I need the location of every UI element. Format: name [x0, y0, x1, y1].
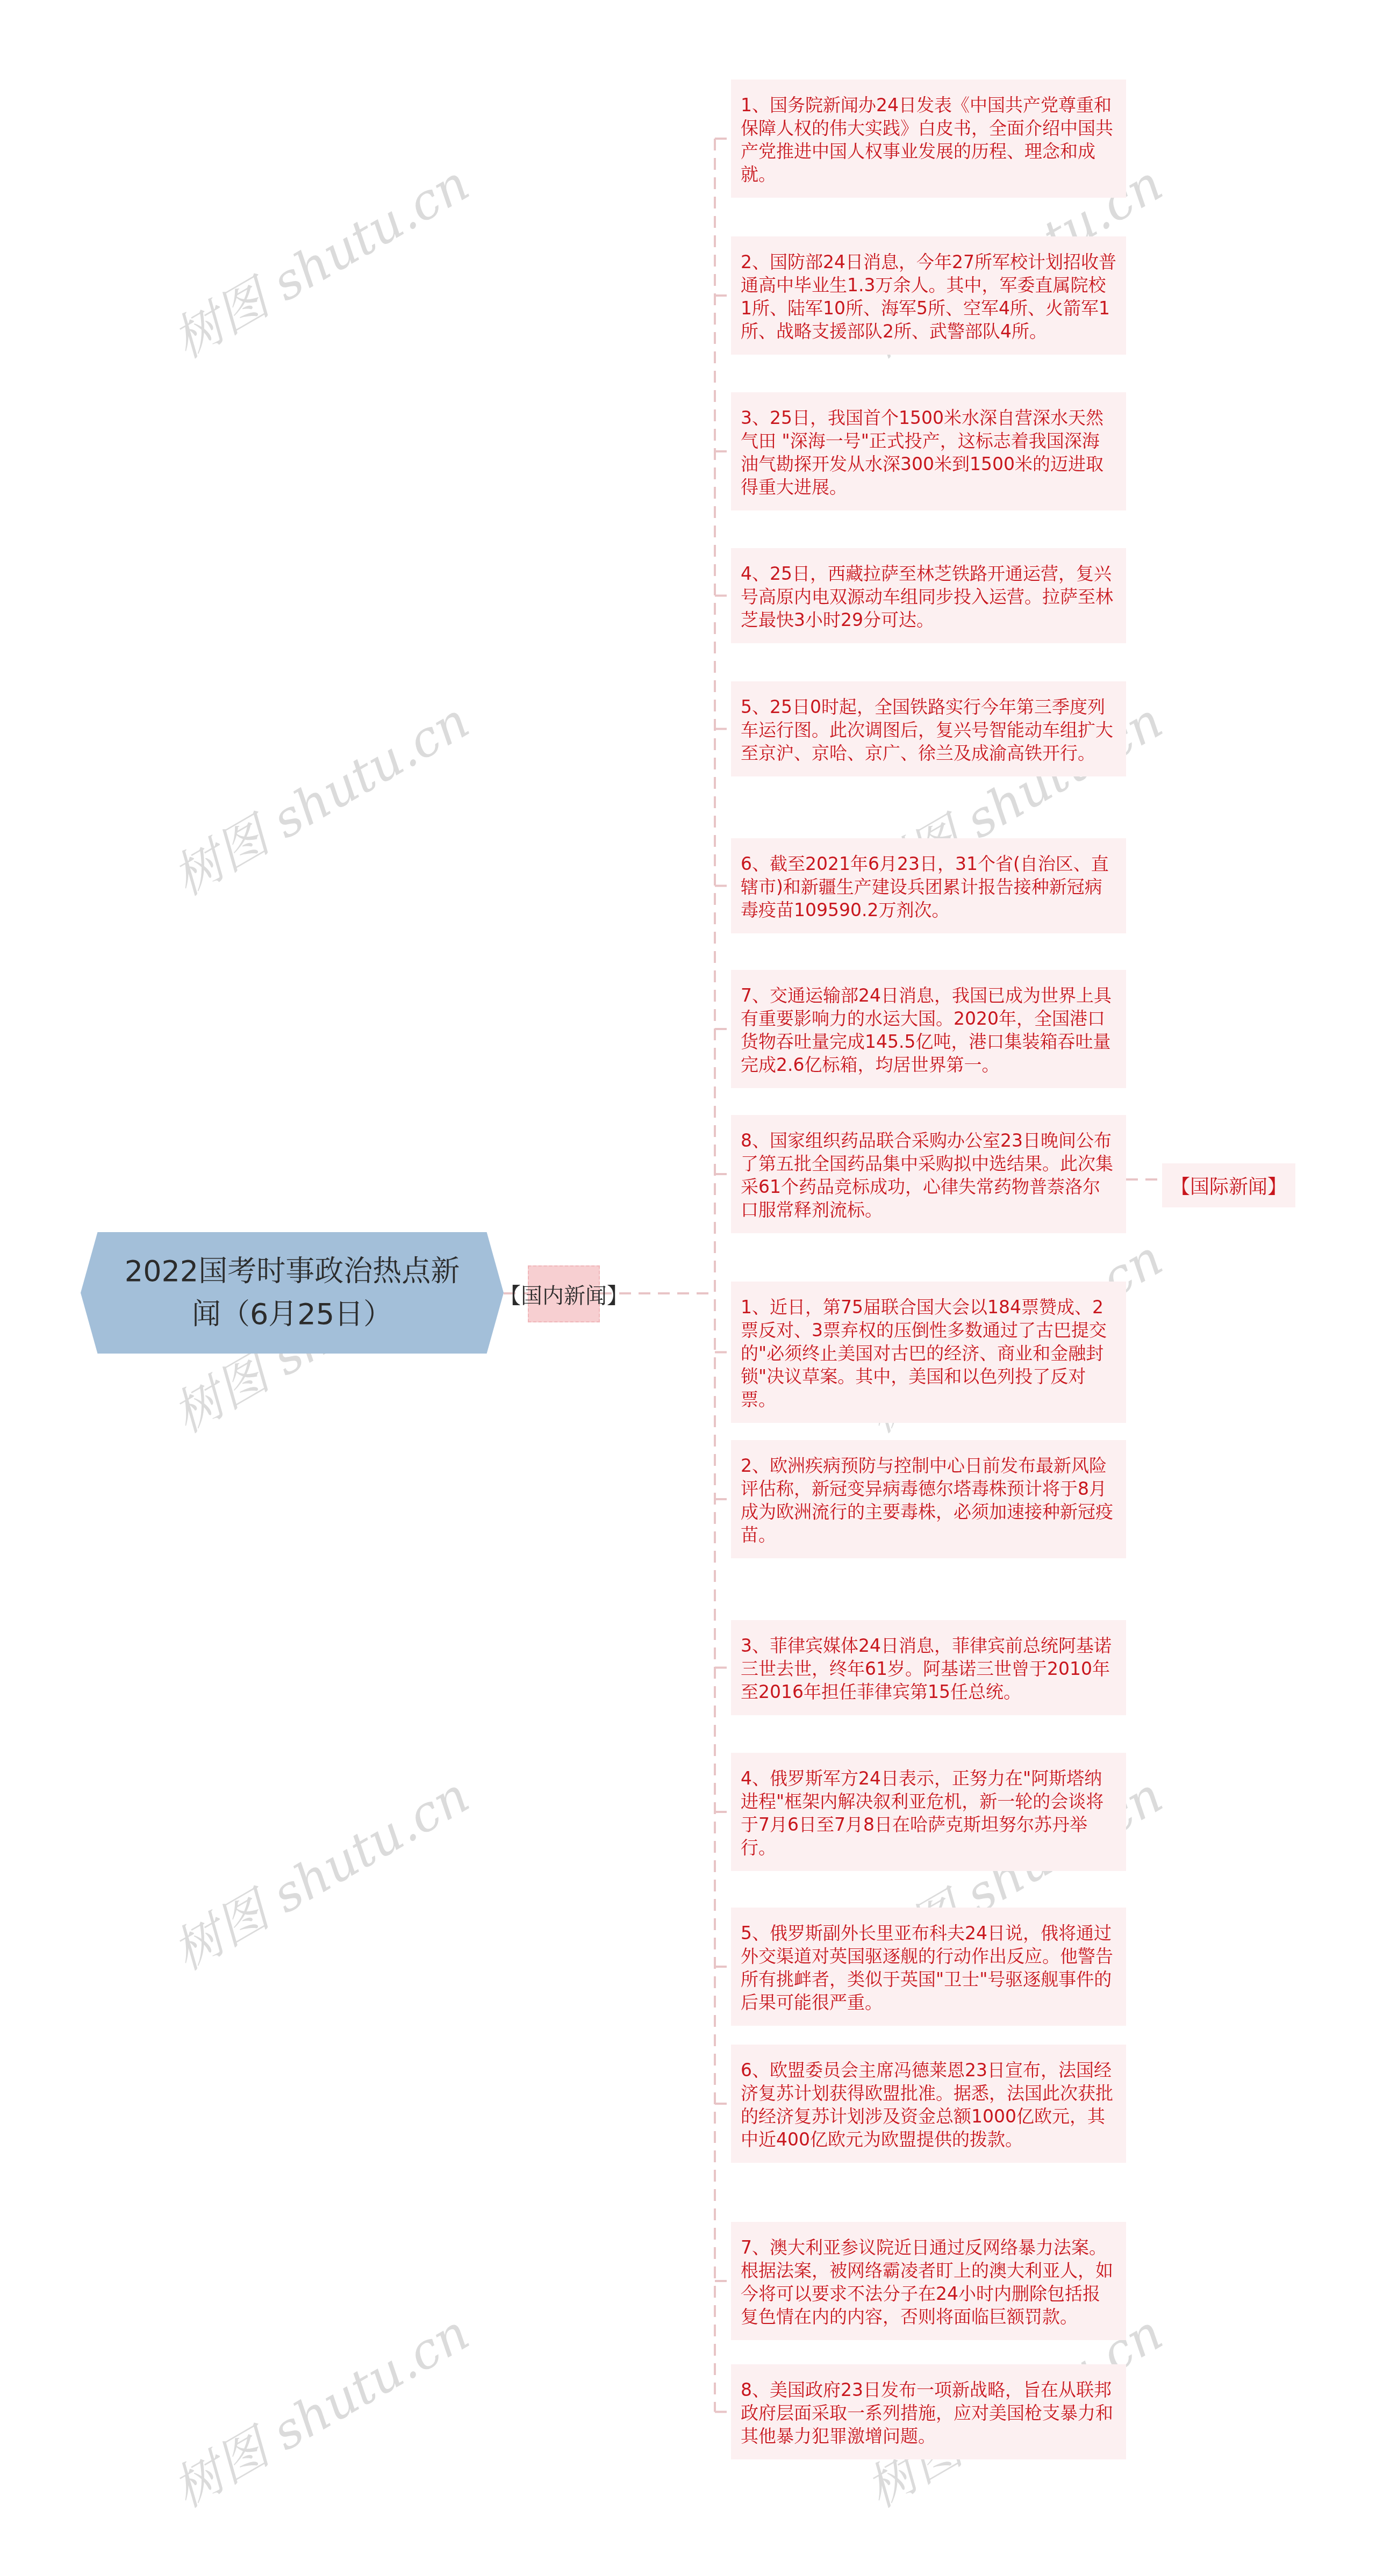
- international-news-item[interactable]: 7、澳大利亚参议院近日通过反网络暴力法案。根据法案，被网络霸凌者盯上的澳大利亚人…: [731, 2222, 1126, 2340]
- international-news-item[interactable]: 6、欧盟委员会主席冯德莱恩23日宣布，法国经济复苏计划获得欧盟批准。据悉，法国此…: [731, 2045, 1126, 2163]
- international-news-item[interactable]: 4、俄罗斯军方24日表示，正努力在"阿斯塔纳进程"框架内解决叙利亚危机，新一轮的…: [731, 1753, 1126, 1871]
- root-topic[interactable]: 2022国考时事政治热点新闻（6月25日）: [81, 1232, 504, 1354]
- watermark: 树图 shutu.cn: [158, 2294, 480, 2521]
- domestic-news-item[interactable]: 5、25日0时起，全国铁路实行今年第三季度列车运行图。此次调图后，复兴号智能动车…: [731, 681, 1126, 776]
- watermark: 树图 shutu.cn: [158, 1757, 480, 1984]
- domestic-news-item[interactable]: 1、国务院新闻办24日发表《中国共产党尊重和保障人权的伟大实践》白皮书，全面介绍…: [731, 80, 1126, 198]
- international-news-item[interactable]: 1、近日，第75届联合国大会以184票赞成、2票反对、3票弃权的压倒性多数通过了…: [731, 1282, 1126, 1423]
- watermark: 树图 shutu.cn: [158, 145, 480, 372]
- watermark: 树图 shutu.cn: [158, 682, 480, 909]
- category-international-label: 【国际新闻】: [1171, 1172, 1287, 1199]
- category-international-news[interactable]: 【国际新闻】: [1162, 1163, 1295, 1207]
- domestic-news-item[interactable]: 3、25日，我国首个1500米水深自营深水天然气田 "深海一号"正式投产，这标志…: [731, 392, 1126, 510]
- domestic-news-item[interactable]: 8、国家组织药品联合采购办公室23日晚间公布了第五批全国药品集中采购拟中选结果。…: [731, 1115, 1126, 1233]
- root-topic-label: 2022国考时事政治热点新闻（6月25日）: [113, 1250, 471, 1336]
- international-news-item[interactable]: 5、俄罗斯副外长里亚布科夫24日说，俄将通过外交渠道对英国驱逐舰的行动作出反应。…: [731, 1908, 1126, 2026]
- mindmap-canvas: 树图 shutu.cn 树图 shutu.cn 树图 shutu.cn 树图 s…: [0, 0, 1376, 2576]
- domestic-news-item[interactable]: 6、截至2021年6月23日，31个省(自治区、直辖市)和新疆生产建设兵团累计报…: [731, 838, 1126, 933]
- category-domestic-label: 【国内新闻】: [499, 1279, 628, 1309]
- domestic-news-item[interactable]: 2、国防部24日消息，今年27所军校计划招收普通高中毕业生1.3万余人。其中，军…: [731, 236, 1126, 355]
- domestic-news-item[interactable]: 4、25日，西藏拉萨至林芝铁路开通运营，复兴号高原内电双源动车组同步投入运营。拉…: [731, 548, 1126, 643]
- international-news-item[interactable]: 3、菲律宾媒体24日消息，菲律宾前总统阿基诺三世去世，终年61岁。阿基诺三世曾于…: [731, 1620, 1126, 1715]
- international-news-item[interactable]: 8、美国政府23日发布一项新战略，旨在从联邦政府层面采取一系列措施，应对美国枪支…: [731, 2364, 1126, 2459]
- category-domestic-news[interactable]: 【国内新闻】: [528, 1265, 600, 1322]
- international-news-item[interactable]: 2、欧洲疾病预防与控制中心日前发布最新风险评估称，新冠变异病毒德尔塔毒株预计将于…: [731, 1440, 1126, 1558]
- domestic-news-item[interactable]: 7、交通运输部24日消息，我国已成为世界上具有重要影响力的水运大国。2020年，…: [731, 970, 1126, 1088]
